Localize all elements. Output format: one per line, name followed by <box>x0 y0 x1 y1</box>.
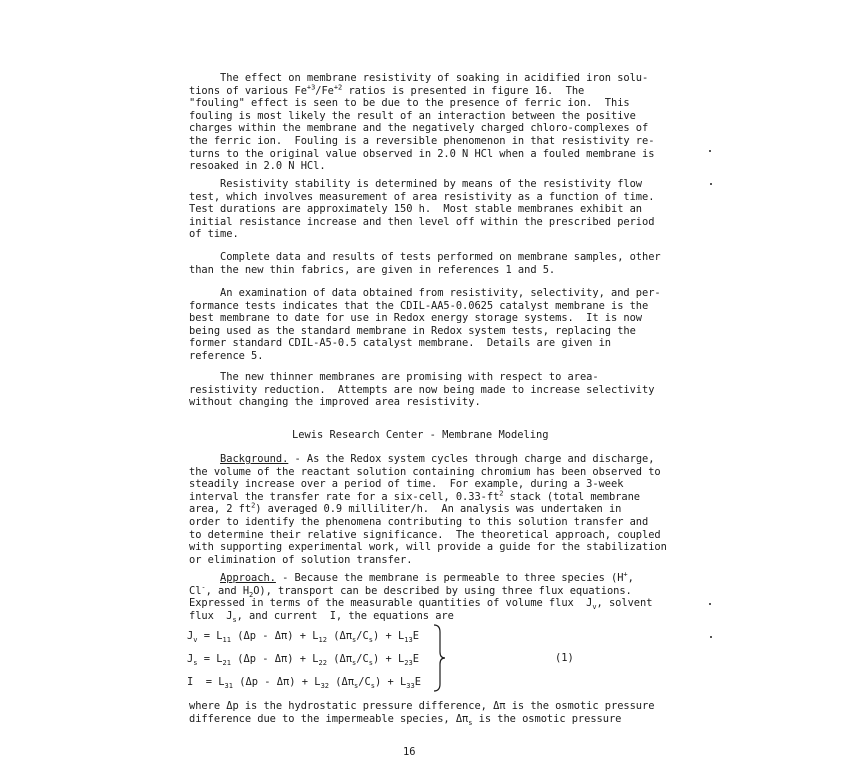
paragraph-complete-data: Complete data and results of tests perfo… <box>189 251 659 276</box>
equation-number: (1) <box>555 652 574 664</box>
equation-row-i: I = L31 (Δp - Δπ) + L32 (Δπs/Cs) + L33E <box>187 676 421 688</box>
paragraph-where-definitions: where Δp is the hydrostatic pressure dif… <box>189 700 659 725</box>
section-heading: Lewis Research Center - Membrane Modelin… <box>292 429 548 441</box>
equation-row-js: Js = L21 (Δp - Δπ) + L22 (Δπs/Cs) + L23E <box>187 653 419 665</box>
paragraph-resistivity-stability: Resistivity stability is determined by m… <box>189 178 659 241</box>
scan-mark <box>710 636 712 638</box>
paragraph-approach: Approach. - Because the membrane is perm… <box>189 572 659 622</box>
paragraph-background: Background. - As the Redox system cycles… <box>189 453 659 566</box>
paragraph-membrane-fouling: The effect on membrane resistivity of so… <box>189 72 659 173</box>
background-label: Background. <box>220 453 288 465</box>
equation-row-jv: Jv = L11 (Δp - Δπ) + L12 (Δπs/Cs) + L13E <box>187 630 419 642</box>
scan-mark <box>710 183 712 185</box>
paragraph-membrane-examination: An examination of data obtained from res… <box>189 287 659 363</box>
page-number: 16 <box>403 746 416 758</box>
document-page: The effect on membrane resistivity of so… <box>0 0 843 777</box>
approach-label: Approach. <box>220 572 276 584</box>
paragraph-thinner-membranes: The new thinner membranes are promising … <box>189 371 659 409</box>
scan-mark <box>709 150 711 152</box>
right-brace-icon <box>432 624 446 692</box>
scan-mark <box>709 603 711 605</box>
